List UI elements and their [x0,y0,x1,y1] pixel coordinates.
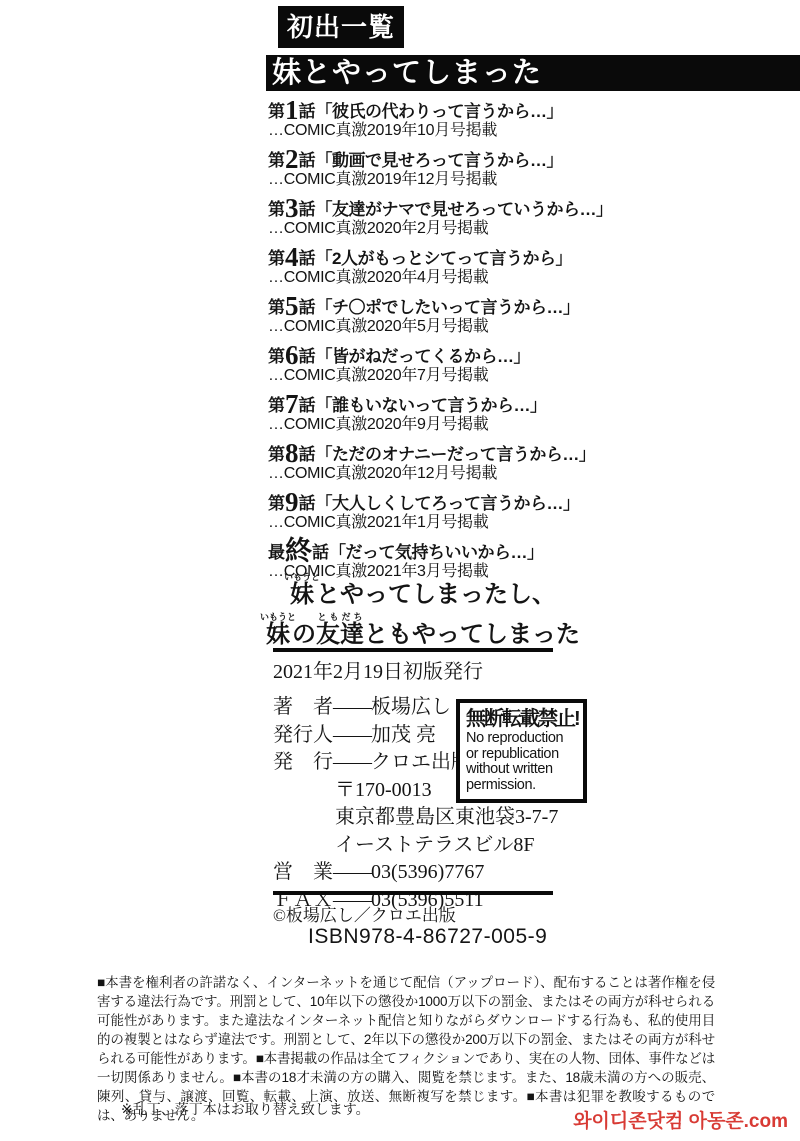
chapter-heading: 第7話「誰もいないって言うから…」 [268,391,588,416]
book-title: 妹いもうととやってしまったし、 妹いもうとの友とも達だちともやってしまった [250,572,590,652]
title-kanji: 達 [340,622,364,648]
chapter-suffix: 話 [299,445,316,464]
furigana: とも [316,612,340,622]
chapter-heading: 第3話「友達がナマで見せろっていうから…」 [268,195,588,220]
chapter-number: 2 [285,144,299,174]
title-text: ともやってしまった [364,622,580,648]
chapter-number: 5 [285,291,299,321]
chapter-suffix: 話 [299,396,316,415]
title-text: とやってしまったし、 [316,582,556,608]
stamp-japanese: 無断転載禁止! [466,707,578,731]
chapter-number: 7 [285,389,299,419]
chapter-title: 「動画で見せろって言うから…」 [316,151,564,170]
chapter-title: 「皆がねだってくるから…」 [316,347,531,366]
chapter-title: 「チ〇ポでしたいって言うから…」 [316,298,580,317]
stamp-english: No reproduction or republication without… [466,731,578,793]
no-reproduction-stamp: 無断転載禁止! No reproduction or republication… [456,699,587,803]
chapter-source: …COMIC真激2019年12月号掲載 [268,171,588,189]
chapter-heading: 第6話「皆がねだってくるから…」 [268,342,588,367]
chapter-list: 第1話「彼氏の代わりって言うから…」 …COMIC真激2019年10月号掲載 第… [268,97,588,587]
chapter-source: …COMIC真激2019年10月号掲載 [268,122,588,140]
chapter-source: …COMIC真激2020年7月号掲載 [268,367,588,385]
chapter-prefix: 第 [268,151,285,170]
chapter-prefix: 第 [268,298,285,317]
chapter-item: 第2話「動画で見せろって言うから…」 …COMIC真激2019年12月号掲載 [268,146,588,189]
chapter-title: 「2人がもっとシてって言うから」 [316,249,572,268]
row-dash: —— [333,861,371,883]
chapter-prefix: 第 [268,347,285,366]
chapter-source: …COMIC真激2020年12月号掲載 [268,465,588,483]
row-label: 発行人 [273,724,333,746]
title-kanji: 妹 [284,582,320,608]
title-text: の [292,622,316,648]
chapter-heading: 第8話「ただのオナニーだって言うから…」 [268,440,588,465]
chapter-source: …COMIC真激2020年2月号掲載 [268,220,588,238]
row-label: 営 業 [273,861,333,883]
chapter-number: 8 [285,438,299,468]
chapter-item: 第7話「誰もいないって言うから…」 …COMIC真激2020年9月号掲載 [268,391,588,434]
chapter-source: …COMIC真激2020年9月号掲載 [268,416,588,434]
chapter-suffix: 話 [299,249,316,268]
row-dash: —— [333,696,371,718]
chapter-title: 「ただのオナニーだって言うから…」 [316,445,596,464]
row-value: 03(5396)7767 [371,861,484,883]
chapter-item: 第4話「2人がもっとシてって言うから」 …COMIC真激2020年4月号掲載 [268,244,588,287]
chapter-number: 9 [285,487,299,517]
chapter-title: 「彼氏の代わりって言うから…」 [316,102,564,121]
chapter-suffix: 話 [312,543,329,562]
chapter-item: 第5話「チ〇ポでしたいって言うから…」 …COMIC真激2020年5月号掲載 [268,293,588,336]
book-title-line2: 妹いもうとの友とも達だちともやってしまった [250,612,590,652]
chapter-number: 終 [285,536,312,566]
chapter-heading: 最終話「だって気持ちいいから…」 [268,538,588,563]
chapter-title: 「大人しくしてろって言うから…」 [316,494,580,513]
chapter-heading: 第4話「2人がもっとシてって言うから」 [268,244,588,269]
furigana: いもうと [284,572,320,582]
chapter-title: 「友達がナマで見せろっていうから…」 [316,200,613,219]
section-label: 初出一覧 [278,6,404,48]
series-title-bar: 妹とやってしまった [266,55,800,91]
row-dash: —— [333,751,371,773]
divider-bottom [273,891,553,895]
title-kanji: 友 [316,622,340,648]
divider-top [273,648,553,652]
row-dash: —— [333,724,371,746]
chapter-heading: 第5話「チ〇ポでしたいって言うから…」 [268,293,588,318]
chapter-source: …COMIC真激2021年1月号掲載 [268,514,588,532]
chapter-item: 第6話「皆がねだってくるから…」 …COMIC真激2020年7月号掲載 [268,342,588,385]
title-kanji: 妹 [260,622,296,648]
chapter-title: 「誰もいないって言うから…」 [316,396,547,415]
chapter-heading: 第2話「動画で見せろって言うから…」 [268,146,588,171]
chapter-suffix: 話 [299,347,316,366]
chapter-item: 第3話「友達がナマで見せろっていうから…」 …COMIC真激2020年2月号掲載 [268,195,588,238]
chapter-number: 4 [285,242,299,272]
furigana: だち [340,612,364,622]
address-building: イーストテラスビル8F [273,832,558,860]
chapter-suffix: 話 [299,298,316,317]
chapter-heading: 第1話「彼氏の代わりって言うから…」 [268,97,588,122]
chapter-number: 3 [285,193,299,223]
defective-copy-note: ※乱丁、落丁本はお取り替え致します。 [121,1099,370,1119]
chapter-prefix: 第 [268,249,285,268]
row-value: 板場広し [371,696,451,718]
book-title-line1: 妹いもうととやってしまったし、 [250,572,590,612]
chapter-suffix: 話 [299,151,316,170]
chapter-source: …COMIC真激2020年5月号掲載 [268,318,588,336]
chapter-prefix: 第 [268,445,285,464]
chapter-number: 6 [285,340,299,370]
chapter-title: 「だって気持ちいいから…」 [329,543,544,562]
watermark-text: 와이디존닷컴 아동존.com [573,1106,788,1133]
edition-date: 2021年2月19日初版発行 [273,655,483,684]
chapter-prefix: 第 [268,396,285,415]
chapter-number: 1 [285,95,299,125]
chapter-prefix: 第 [268,102,285,121]
chapter-prefix: 第 [268,200,285,219]
chapter-prefix: 第 [268,494,285,513]
chapter-prefix: 最 [268,543,285,562]
chapter-suffix: 話 [299,102,316,121]
chapter-suffix: 話 [299,494,316,513]
row-label: 発 行 [273,751,333,773]
copyright-line: ©板場広し／クロエ出版 [273,901,456,926]
chapter-source: …COMIC真激2020年4月号掲載 [268,269,588,287]
chapter-suffix: 話 [299,200,316,219]
furigana: いもうと [260,612,296,622]
row-value: 加茂 亮 [371,724,436,746]
address-line: 東京都豊島区東池袋3-7-7 [273,804,558,832]
colophon-page: 初出一覧 妹とやってしまった 第1話「彼氏の代わりって言うから…」 …COMIC… [0,0,800,1141]
sales-phone-row: 営 業——03(5396)7767 [273,859,558,887]
chapter-heading: 第9話「大人しくしてろって言うから…」 [268,489,588,514]
chapter-item: 第8話「ただのオナニーだって言うから…」 …COMIC真激2020年12月号掲載 [268,440,588,483]
isbn-number: ISBN978-4-86727-005-9 [308,925,547,949]
row-label: 著 者 [273,696,333,718]
chapter-item: 第1話「彼氏の代わりって言うから…」 …COMIC真激2019年10月号掲載 [268,97,588,140]
chapter-item: 第9話「大人しくしてろって言うから…」 …COMIC真激2021年1月号掲載 [268,489,588,532]
